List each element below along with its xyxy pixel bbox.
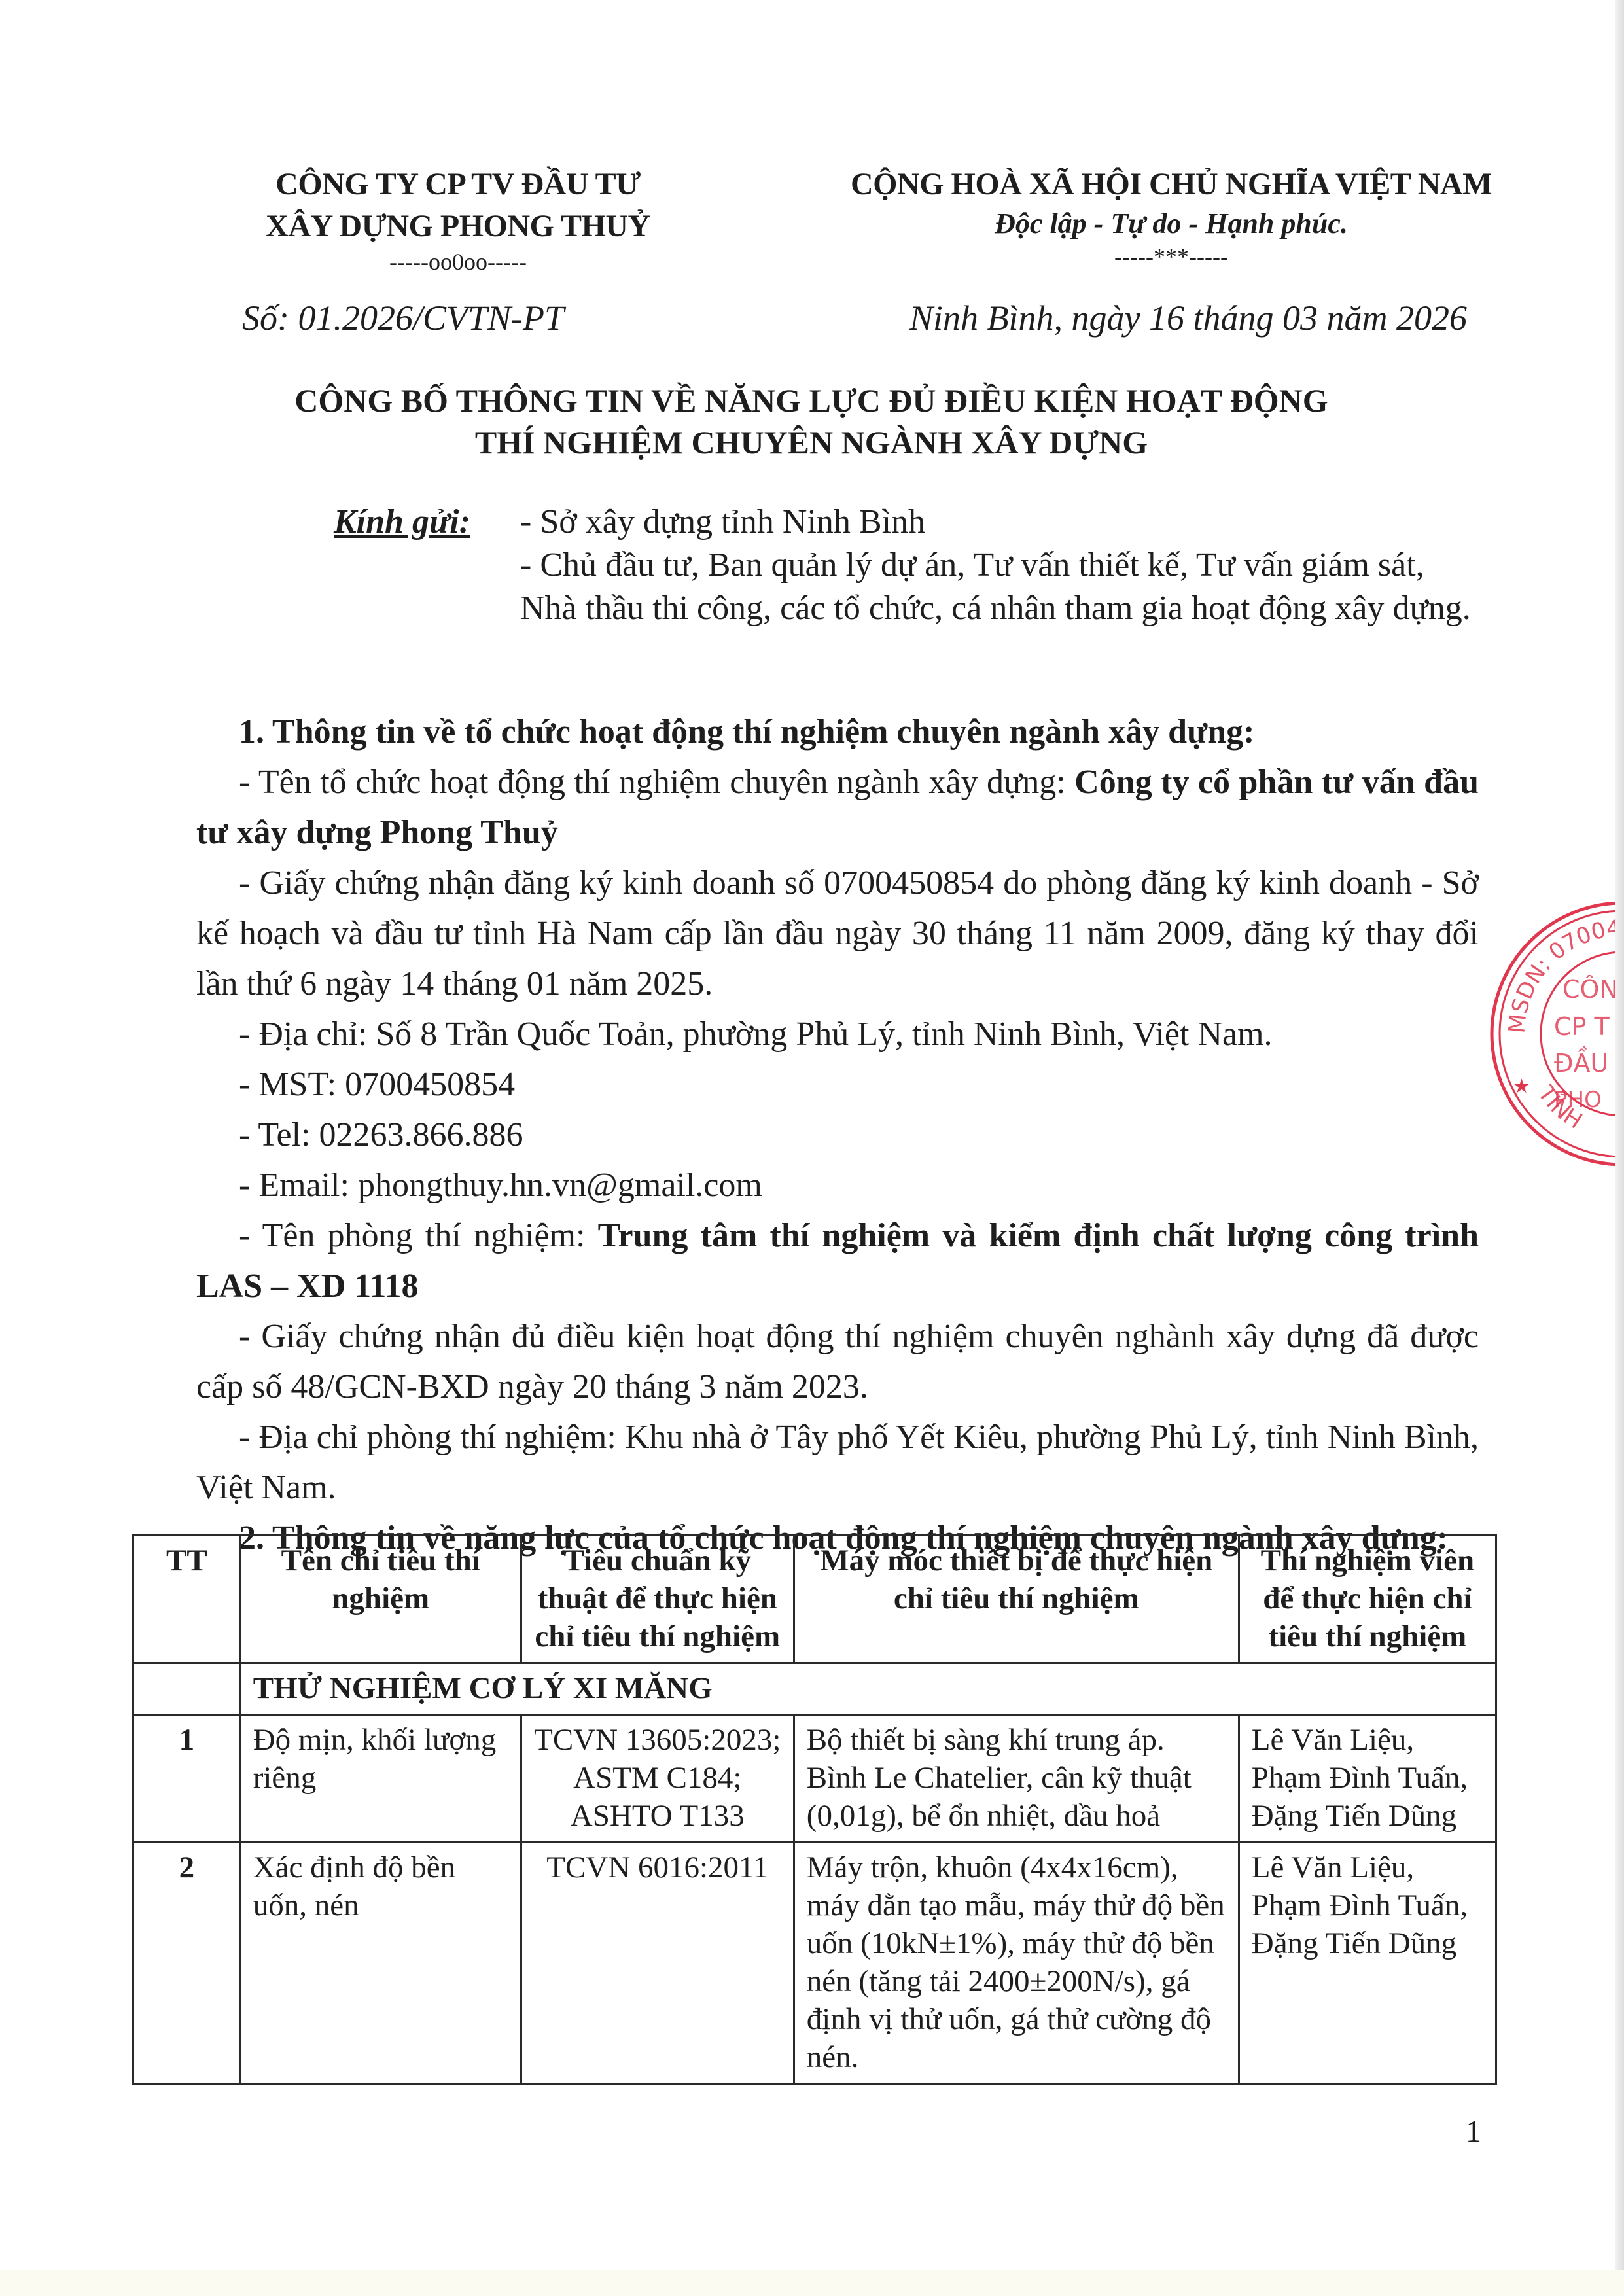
tax-code: - MST: 0700450854 <box>196 1059 1479 1110</box>
cell-tt: 1 <box>133 1715 241 1843</box>
cell-staff: Lê Văn Liệu, Phạm Đình Tuấn, Đặng Tiến D… <box>1239 1843 1496 2084</box>
column-header-standard: Tiêu chuẩn kỹ thuật để thực hiện chỉ tiê… <box>521 1536 794 1663</box>
recipient-item: - Sở xây dựng tỉnh Ninh Bình <box>520 501 1479 544</box>
seal-inner-line: ĐẦU <box>1554 1046 1608 1078</box>
cell-equipment: Máy trộn, khuôn (4x4x16cm), máy dằn tạo … <box>794 1843 1239 2084</box>
national-header-divider: -----***----- <box>831 242 1511 271</box>
lab-address: - Địa chỉ phòng thí nghiệm: Khu nhà ở Tâ… <box>196 1412 1479 1513</box>
seal-icon: MSDN: 07004 TỈNH CÔN CP T ĐẦU PHO ★ <box>1485 896 1624 1171</box>
company-name-line2: XÂY DỰNG PHONG THUỶ <box>196 205 720 247</box>
lab-name: - Tên phòng thí nghiệm: Trung tâm thí ng… <box>196 1210 1479 1311</box>
national-motto: Độc lập - Tự do - Hạnh phúc. <box>831 205 1511 242</box>
org-address: - Địa chỉ: Số 8 Trần Quốc Toản, phường P… <box>196 1009 1479 1059</box>
cell-staff: Lê Văn Liệu, Phạm Đình Tuấn, Đặng Tiến D… <box>1239 1715 1496 1843</box>
reference-number: Số: 01.2026/CVTN-PT <box>242 298 564 338</box>
column-header-tt: TT <box>133 1536 241 1663</box>
page-number: 1 <box>1466 2113 1481 2149</box>
email: - Email: phongthuy.hn.vn@gmail.com <box>196 1160 1479 1210</box>
cell-equipment: Bộ thiết bị sàng khí trung áp. Bình Le C… <box>794 1715 1239 1843</box>
lab-name-label: - Tên phòng thí nghiệm: <box>239 1217 598 1254</box>
document-body: 1. Thông tin về tổ chức hoạt động thí ng… <box>196 707 1479 1563</box>
seal-inner-line: CÔN <box>1562 975 1618 1004</box>
star-icon: ★ <box>1513 1075 1530 1098</box>
lab-certificate: - Giấy chứng nhận đủ điều kiện hoạt động… <box>196 1311 1479 1412</box>
place-date: Ninh Bình, ngày 16 tháng 03 năm 2026 <box>909 298 1467 338</box>
org-name-label: - Tên tổ chức hoạt động thí nghiệm chuyê… <box>239 764 1074 801</box>
table-row: 1 Độ mịn, khối lượng riêng TCVN 13605:20… <box>133 1715 1496 1843</box>
cell-test-name: Xác định độ bền uốn, nén <box>240 1843 521 2084</box>
capability-table: TT Tên chỉ tiêu thí nghiệm Tiêu chuẩn kỹ… <box>132 1534 1497 2085</box>
section1-title: 1. Thông tin về tổ chức hoạt động thí ng… <box>196 707 1479 757</box>
seal-inner-line: CP T <box>1554 1012 1610 1041</box>
document-page: CÔNG TY CP TV ĐẦU TƯ XÂY DỰNG PHONG THUỶ… <box>0 0 1624 2296</box>
column-header-test-name: Tên chỉ tiêu thí nghiệm <box>240 1536 521 1663</box>
company-name-line1: CÔNG TY CP TV ĐẦU TƯ <box>196 164 720 205</box>
business-license: - Giấy chứng nhận đăng ký kinh doanh số … <box>196 858 1479 1009</box>
recipients-label: Kính gửi: <box>334 501 470 544</box>
company-header: CÔNG TY CP TV ĐẦU TƯ XÂY DỰNG PHONG THUỶ… <box>196 164 720 276</box>
national-header: CỘNG HOÀ XÃ HỘI CHỦ NGHĨA VIỆT NAM Độc l… <box>831 164 1511 271</box>
national-title: CỘNG HOÀ XÃ HỘI CHỦ NGHĨA VIỆT NAM <box>831 164 1511 205</box>
document-title-line2: THÍ NGHIỆM CHUYÊN NGÀNH XÂY DỰNG <box>157 421 1466 463</box>
company-seal-stamp: MSDN: 07004 TỈNH CÔN CP T ĐẦU PHO ★ <box>1485 896 1624 1171</box>
scan-bottom-edge <box>0 2270 1624 2296</box>
recipient-item: - Chủ đầu tư, Ban quản lý dự án, Tư vấn … <box>520 544 1479 630</box>
scan-edge <box>1615 0 1624 2296</box>
cell-tt: 2 <box>133 1843 241 2084</box>
group-label: THỬ NGHIỆM CƠ LÝ XI MĂNG <box>240 1663 1496 1715</box>
seal-inner-line: PHO <box>1554 1087 1602 1113</box>
table-group-row: THỬ NGHIỆM CƠ LÝ XI MĂNG <box>133 1663 1496 1715</box>
column-header-equipment: Máy móc thiết bị để thực hiện chỉ tiêu t… <box>794 1536 1239 1663</box>
document-title-line1: CÔNG BỐ THÔNG TIN VỀ NĂNG LỰC ĐỦ ĐIỀU KI… <box>157 380 1466 421</box>
telephone: - Tel: 02263.866.886 <box>196 1110 1479 1160</box>
recipients-list: - Sở xây dựng tỉnh Ninh Bình - Chủ đầu t… <box>520 501 1479 630</box>
table-row: 2 Xác định độ bền uốn, nén TCVN 6016:201… <box>133 1843 1496 2084</box>
column-header-staff: Thí nghiệm viên để thực hiện chỉ tiêu th… <box>1239 1536 1496 1663</box>
table-header-row: TT Tên chỉ tiêu thí nghiệm Tiêu chuẩn kỹ… <box>133 1536 1496 1663</box>
document-title: CÔNG BỐ THÔNG TIN VỀ NĂNG LỰC ĐỦ ĐIỀU KI… <box>157 380 1466 463</box>
org-name: - Tên tổ chức hoạt động thí nghiệm chuyê… <box>196 757 1479 858</box>
company-header-divider: -----oo0oo----- <box>196 247 720 276</box>
cell-standard: TCVN 13605:2023; ASTM C184; ASHTO T133 <box>521 1715 794 1843</box>
recipients-block: Kính gửi: - Sở xây dựng tỉnh Ninh Bình -… <box>334 501 1479 630</box>
cell-test-name: Độ mịn, khối lượng riêng <box>240 1715 521 1843</box>
cell-standard: TCVN 6016:2011 <box>521 1843 794 2084</box>
